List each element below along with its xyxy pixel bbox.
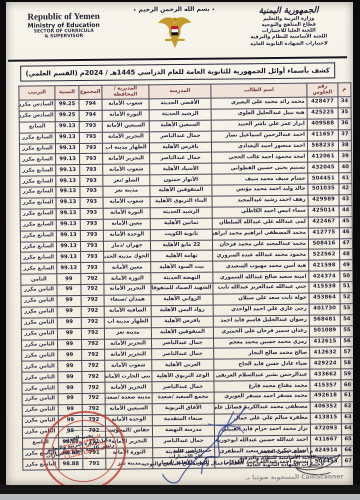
cell-no: 54 (340, 314, 353, 325)
col-header-percent: النسبة (55, 86, 79, 100)
cell-no: 51 (340, 282, 353, 293)
cell-no: 46 (339, 227, 352, 238)
cell-total: 792 (81, 284, 104, 295)
cell-rank: السابع مكرر (20, 154, 56, 165)
cell-no: 58 (341, 358, 353, 369)
cell-rank: الثامن مكرر (22, 372, 58, 383)
cell-rank: السابع مكرر (20, 198, 56, 209)
cell-no: 55 (340, 325, 353, 336)
cell-no: 48 (340, 249, 353, 260)
cell-rank: الثامن مكرر (21, 296, 57, 307)
cell-seat: 413815 (310, 413, 341, 424)
cell-rank: السادس مكرر (19, 111, 55, 122)
cell-district: الثورة الأمانة (104, 273, 151, 284)
cell-no: 35 (338, 108, 351, 119)
cell-percent: 99.13 (56, 154, 80, 165)
cell-school: ثمانين الأهلية (150, 218, 212, 230)
cell-district: التحرير الأمانة (102, 131, 149, 142)
cell-district: همدان /صنعاء (104, 295, 151, 306)
cell-rank: الثامن مكرر (21, 328, 57, 339)
cell-seat: 412632 (310, 347, 341, 358)
cell-no: 45 (339, 216, 352, 227)
cell-total: 792 (81, 317, 104, 328)
cell-percent: 99.13 (55, 121, 79, 132)
cell-school: العربي الأهلية (152, 360, 214, 372)
cell-seat: 568481 (309, 315, 340, 326)
cell-rank: السابع مكرر (20, 220, 56, 231)
cell-school: صنعاء المتقدمة (152, 414, 214, 426)
cell-percent: 99 (57, 339, 81, 350)
cell-no: 37 (338, 129, 351, 140)
cell-total: 792 (82, 393, 105, 404)
cell-district: التحرير الأمانة (104, 284, 151, 295)
cell-rank: السابع مكرر (20, 187, 56, 198)
cell-school: يافرس الأهلية (151, 316, 213, 328)
cell-percent: 99 (58, 394, 82, 405)
cell-rank: الثامن مكرر (21, 339, 57, 350)
cell-no: 42 (339, 184, 352, 195)
cell-seat: 409588 (307, 119, 338, 130)
cell-rank: الثامن مكرر (22, 361, 58, 372)
cell-district: جهران /ذمار (103, 240, 150, 251)
cell-seat: 415357 (310, 380, 341, 391)
cell-percent: 99.13 (55, 143, 79, 154)
cell-no: 60 (341, 380, 353, 391)
cell-school: جمال عبدالناصر (152, 381, 214, 393)
cell-district: التحرير الأمانة (104, 338, 151, 349)
cell-rank: الثامن مكرر (21, 285, 57, 296)
cell-seat: 504451 (308, 173, 339, 184)
document-content: Republic of Yemen Ministry of Education … (6, 2, 353, 485)
cell-rank: السابع مكرر (20, 209, 56, 220)
cell-no: 65 (342, 434, 353, 445)
cell-rank: السابع مكرر (19, 143, 55, 154)
cell-district: شعوب الأمانة (105, 360, 152, 371)
photo-background: Republic of Yemen Ministry of Education … (0, 0, 360, 500)
cell-seat: 501089 (309, 326, 340, 337)
col-header-no: م (338, 83, 351, 97)
cell-school: البناء التربوي الأهلية (150, 196, 212, 208)
cell-no: 47 (339, 238, 352, 249)
cell-school: النهضة الحديثة (151, 272, 213, 284)
cell-no: 41 (339, 173, 352, 184)
cell-no: 61 (341, 391, 353, 402)
cell-total: 793 (80, 230, 103, 241)
cell-seat: 522562 (309, 249, 340, 260)
cell-district: التحرير الأمانة (105, 349, 152, 360)
cell-total: 793 (79, 143, 102, 154)
cell-school: ثانوية الكويت (150, 229, 212, 241)
cell-total: 792 (81, 339, 104, 350)
cell-rank: السابع مكرر (19, 132, 55, 143)
cell-percent: 99 (57, 328, 81, 339)
cell-total: 794 (79, 110, 102, 121)
cell-total: 792 (82, 350, 105, 361)
cell-school: رواد اليمن الأهلية (151, 305, 213, 317)
cell-school: تهامة الأهلية (151, 251, 213, 263)
country-name-en: Republic of Yemen (12, 11, 116, 22)
cell-seat: 472093 (310, 424, 341, 435)
cell-school: الآفاق التربوية (152, 403, 214, 415)
cell-district: التحرير الأمانة (105, 382, 152, 393)
col-header-district: المديرية / المحافظة (102, 85, 149, 99)
cell-seat: 501035 (308, 184, 339, 195)
cell-no: 63 (341, 413, 353, 424)
cell-percent: 99 (57, 285, 81, 296)
cell-total: 793 (81, 252, 104, 263)
cell-total: 793 (79, 121, 102, 132)
cell-total: 793 (81, 263, 104, 274)
cell-percent: 99 (58, 350, 82, 361)
signatory-right-title2: لاختبارات الشهادة الثانوية العامة (225, 461, 345, 469)
cell-school: الأسياد الأهلية (150, 164, 212, 176)
cell-district: الحوك مدينة الحديدة (104, 251, 151, 262)
cell-district: السبعين الأمانة (102, 121, 149, 132)
cell-seat: 412061 (308, 151, 339, 162)
cell-percent: 99.13 (56, 230, 80, 241)
cell-no: 53 (340, 304, 353, 315)
cell-percent: 99 (57, 274, 81, 285)
cell-seat: 411667 (311, 434, 342, 445)
cell-school: المتفوقين الأهلية (151, 327, 213, 339)
cell-district: الثورة الأمانة (102, 110, 149, 121)
col-header-rank: الترتيب (19, 86, 55, 100)
cell-percent: 99.25 (55, 110, 79, 121)
cell-school: بيت السود الأهلية (151, 262, 213, 274)
cell-seat: 422467 (308, 217, 339, 228)
document-sheet: Republic of Yemen Ministry of Education … (6, 2, 353, 485)
signatory-right-block: م. عفيف يحيى العنسي رئيس اللجنة الأساسية… (225, 448, 345, 468)
cell-district: معين الأمانة (103, 219, 150, 230)
cell-no: 38 (338, 140, 351, 151)
cell-rank: الثامن مكرر (22, 350, 58, 361)
cell-no: 40 (339, 162, 352, 173)
cell-rank: الثامن (21, 274, 57, 285)
cell-no: 39 (339, 151, 352, 162)
cell-seat: 406352 (310, 402, 341, 413)
cell-seat: 411657 (307, 130, 338, 141)
col-header-seat: رقم الجلوس (307, 83, 338, 97)
cell-seat: 412615 (309, 336, 340, 347)
bismillah-text: ✦ بسم الله الرحمن الرحيم ✦ (126, 6, 222, 14)
col-header-total: المجموع (79, 85, 102, 99)
cell-seat: 425014 (308, 206, 339, 217)
cell-rank: السابع مكرر (21, 263, 57, 274)
cell-no: 43 (339, 195, 352, 206)
cell-no: 56 (340, 336, 353, 347)
cell-percent: 99.13 (56, 241, 80, 252)
cell-total: 792 (81, 306, 104, 317)
cell-no: 64 (341, 423, 353, 434)
cell-seat: 453864 (309, 293, 340, 304)
letterhead: Republic of Yemen Ministry of Education … (6, 2, 351, 58)
ornament-icon: ✦ (212, 7, 215, 12)
cell-no: 62 (341, 402, 353, 413)
cell-percent: 99 (57, 306, 81, 317)
cell-rank: السابع مكرر (21, 252, 57, 263)
cell-seat: 492618 (310, 391, 341, 402)
cell-percent: 99.13 (57, 252, 81, 263)
cell-no: 36 (338, 118, 351, 129)
cell-total: 793 (80, 197, 103, 208)
cell-rank: السابع مكرر (20, 176, 56, 187)
cell-school: مجمع السعيد /صعدة (152, 392, 214, 404)
cell-total: 792 (81, 295, 104, 306)
cell-school: الشهيد الصماد للمتفوقات (151, 283, 213, 295)
cell-percent: 99.13 (56, 187, 80, 198)
cell-no: 50 (340, 271, 353, 282)
cell-no: 59 (341, 369, 353, 380)
cell-school: الأقصى الحديثة (149, 98, 211, 110)
cell-total: 792 (81, 274, 104, 285)
cell-school: الوعد التربوي الأهلية (152, 370, 214, 382)
cell-percent: 99 (57, 317, 81, 328)
cell-school: الأنوار حمنون (150, 174, 212, 186)
cell-district: شعوب الأمانة (103, 164, 150, 175)
letterhead-center: ✦ بسم الله الرحمن الرحيم ✦ (126, 6, 223, 56)
cell-school: يافرس الأهلية (149, 142, 211, 154)
cell-rank: الثامن مكرر (22, 394, 58, 405)
cell-rank: الثامن مكرر (21, 307, 57, 318)
ornament-icon: ✦ (133, 7, 136, 12)
cell-seat: 433662 (310, 369, 341, 380)
cell-school: 22 مايو الأهلية (150, 240, 212, 252)
cell-school: جمال عبدالناصر (152, 349, 214, 361)
cell-district: الوحدة الأمانة (103, 229, 150, 240)
cell-district: معين الأمانة (104, 262, 151, 273)
cell-school: مدرسة النهضة (152, 425, 214, 437)
cell-percent: 99 (58, 383, 82, 394)
cell-total: 793 (80, 154, 103, 165)
cell-percent: 99.13 (56, 165, 80, 176)
cell-rank: السابع (19, 122, 55, 133)
cell-school: المتفوقين الأهلية (150, 185, 212, 197)
cell-total: 793 (80, 165, 103, 176)
cell-total: 793 (79, 132, 102, 143)
cell-district: شعوب الأمانة (103, 197, 150, 208)
cell-total: 794 (79, 99, 102, 110)
cell-seat: 508416 (308, 238, 339, 249)
letterhead-english: Republic of Yemen Ministry of Education … (12, 7, 116, 40)
cell-seat: 428477 (307, 97, 338, 108)
cell-district: بني الحارث الأمانة (105, 371, 152, 382)
cell-no: 57 (341, 347, 353, 358)
cell-total: 793 (80, 176, 103, 187)
stamp-star-icon: ★ (84, 456, 89, 463)
cell-seat: 432045 (308, 162, 339, 173)
document-title: كشف بأسماء أوائل الجمهورية للثانوية العا… (20, 62, 335, 81)
photo-bottom-strip (0, 494, 360, 500)
photo-bottom-shadow (0, 485, 360, 494)
cell-percent: 99.13 (56, 219, 80, 230)
yemen-eagle-emblem-icon (126, 14, 222, 56)
cell-seat: 429224 (310, 358, 341, 369)
cell-rank: السابع مكرر (20, 230, 56, 241)
cell-percent: 99.13 (56, 208, 80, 219)
cell-percent: 99 (57, 296, 81, 307)
col-header-name: اسم الطالب (211, 83, 307, 98)
cell-seat: 401730 (309, 304, 340, 315)
cell-seat: 429989 (308, 195, 339, 206)
cell-seat: 412775 (308, 228, 339, 239)
camscanner-watermark: المسحوبة ضوئيا بـ CamScanner (246, 473, 344, 481)
cell-no: 44 (339, 206, 352, 217)
cell-district: الظهار مدينة اب (102, 142, 149, 153)
cell-district: الصافية الأمانة (104, 306, 151, 317)
cell-district: مدينة تعز (104, 328, 151, 339)
cell-district: الظهار مدينة اب (104, 317, 151, 328)
cell-percent: 99.13 (57, 263, 81, 274)
cell-total: 793 (80, 208, 103, 219)
cell-percent: 99 (58, 372, 82, 383)
cell-school: جمال عبدالناصر (150, 153, 212, 165)
cell-total: 792 (82, 382, 105, 393)
cell-no: 34 (338, 97, 351, 108)
cell-seat: 425225 (307, 108, 338, 119)
cell-rank: الثامن مكرر (21, 318, 57, 329)
cell-school: الروابي الأهلية (151, 294, 213, 306)
cell-total: 792 (82, 372, 105, 383)
cell-rank: الثامن مكرر (22, 383, 58, 394)
cell-seat: 415538 (309, 282, 340, 293)
cell-school: الرشيد الحديثة (149, 109, 211, 121)
supervisor-line-en: & SUPERVISOR (12, 34, 116, 40)
cell-total: 793 (80, 186, 103, 197)
cell-total: 793 (80, 241, 103, 252)
letterhead-arabic: الجمهورية اليمنية وزارة التربية والتعليم… (233, 4, 345, 47)
cell-district: الثورة الأمانة (103, 208, 150, 219)
cell-percent: 99.25 (55, 100, 79, 111)
cell-rank: الثامن مكرر (22, 405, 58, 416)
cell-percent: 99.13 (56, 198, 80, 209)
cell-district: شعوب الأمانة (102, 99, 149, 110)
cell-school: الرشيد الحديثة (150, 207, 212, 219)
exams-line: لاختبارات الشهادة الثانوية العامة (233, 40, 345, 47)
cell-no: 52 (340, 293, 353, 304)
cell-district: الصلو /تعز (103, 175, 150, 186)
cell-total: 792 (82, 361, 105, 372)
cell-seat: 424374 (309, 271, 340, 282)
cell-school: السبعين الأهلية (149, 120, 211, 132)
cell-percent: 99.13 (55, 132, 79, 143)
cell-rank: السابع مكرر (20, 241, 56, 252)
cell-rank: السابع مكرر (20, 165, 56, 176)
cell-total: 793 (80, 219, 103, 230)
cell-percent: 99 (58, 361, 82, 372)
cell-school: جمال عبدالناصر (153, 436, 215, 448)
cell-school: جمال عبدالناصر (151, 338, 213, 350)
cell-seat: 568233 (307, 140, 338, 151)
cell-district: التحرير الأمانة (103, 153, 150, 164)
cell-total: 792 (81, 328, 104, 339)
cell-school: جمال عبدالناصر (149, 131, 211, 143)
cell-no: 49 (340, 260, 353, 271)
cell-seat: 421598 (309, 260, 340, 271)
col-header-school: المدرسة (149, 84, 211, 99)
cell-percent: 99.13 (56, 176, 80, 187)
cell-district: مدينة تعز (103, 186, 150, 197)
cell-rank: السادس مكرر (19, 100, 55, 111)
